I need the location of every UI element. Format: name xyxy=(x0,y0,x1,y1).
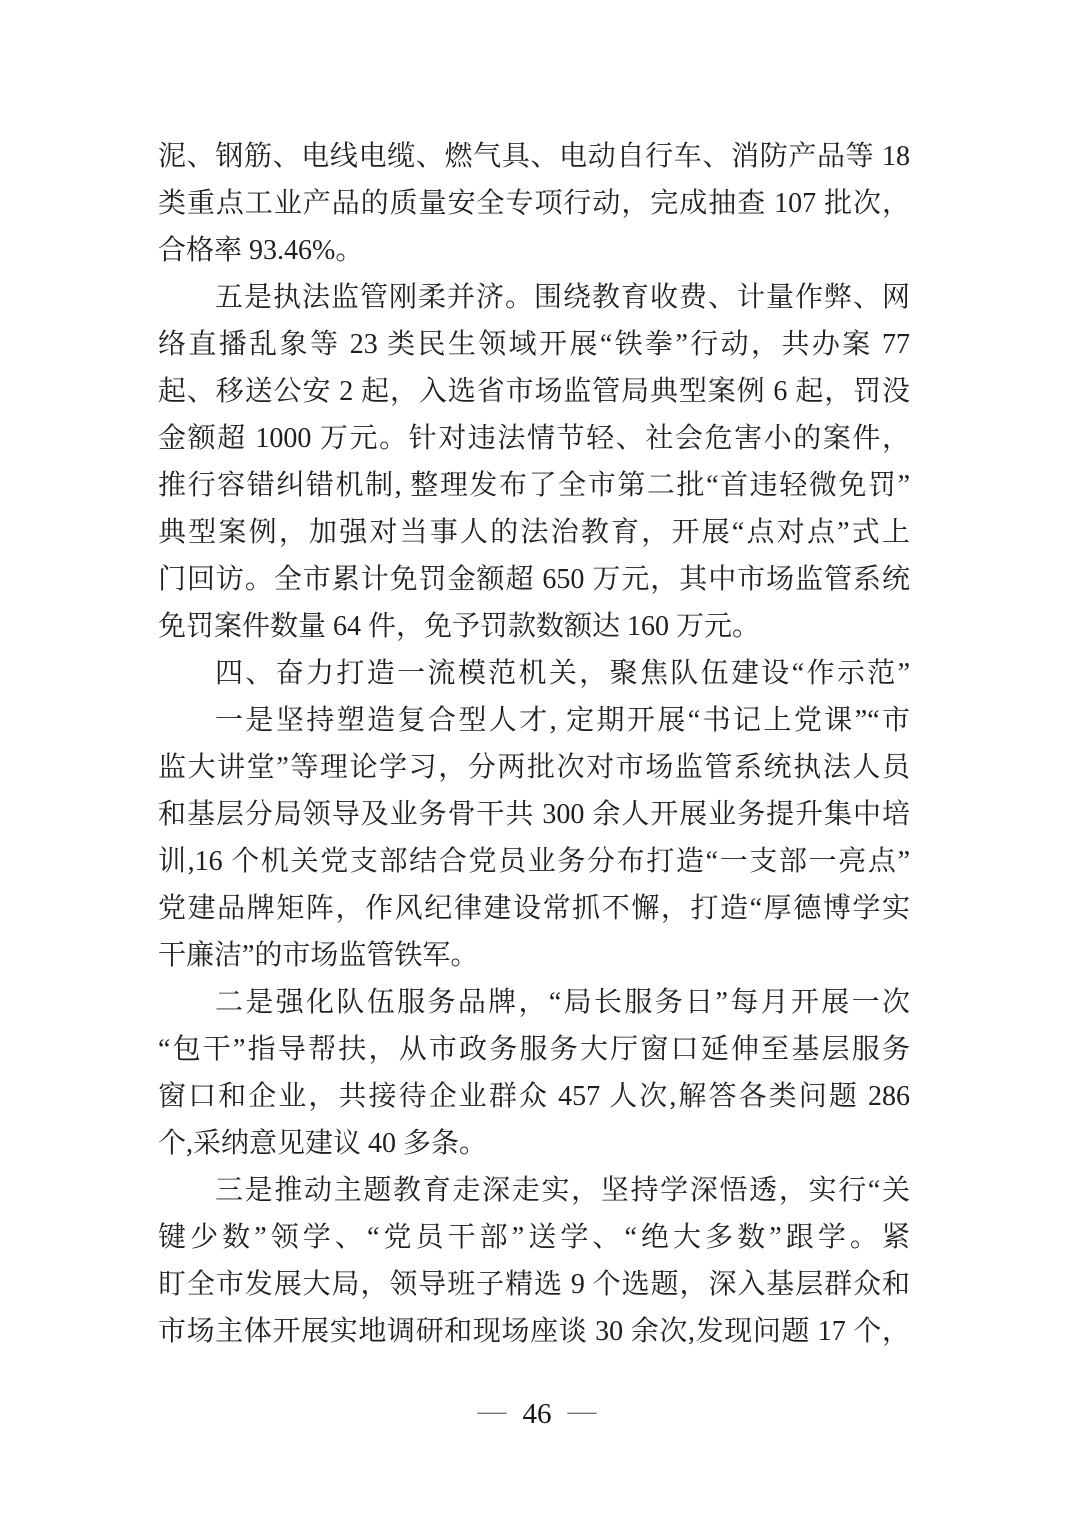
text-line: 门回访。全市累计免罚金额超 650 万元，其中市场监管系统 xyxy=(158,556,910,603)
text-line: 五是执法监管刚柔并济。围绕教育收费、计量作弊、网 xyxy=(158,274,910,321)
text-line: 合格率 93.46%。 xyxy=(158,227,910,274)
document-body: 泥、钢筋、电线电缆、燃气具、电动自行车、消防产品等 18类重点工业产品的质量安全… xyxy=(158,133,910,1355)
footer-dash-right: — xyxy=(568,1395,597,1427)
text-line: 泥、钢筋、电线电缆、燃气具、电动自行车、消防产品等 18 xyxy=(158,133,910,180)
text-line: 金额超 1000 万元。针对违法情节轻、社会危害小的案件， xyxy=(158,415,910,462)
text-line: 干廉洁”的市场监管铁军。 xyxy=(158,932,910,979)
text-line: 训,16 个机关党支部结合党员业务分布打造“一支部一亮点” xyxy=(158,838,910,885)
text-line: 起、移送公安 2 起，入选省市场监管局典型案例 6 起，罚没 xyxy=(158,368,910,415)
text-line: 和基层分局领导及业务骨干共 300 余人开展业务提升集中培 xyxy=(158,791,910,838)
text-line: 二是强化队伍服务品牌，“局长服务日”每月开展一次 xyxy=(158,979,910,1026)
text-line: 键少数”领学、“党员干部”送学、“绝大多数”跟学。紧 xyxy=(158,1214,910,1261)
text-line: 窗口和企业，共接待企业群众 457 人次,解答各类问题 286 xyxy=(158,1073,910,1120)
text-line: 一是坚持塑造复合型人才, 定期开展“书记上党课”“市 xyxy=(158,697,910,744)
text-line: 络直播乱象等 23 类民生领域开展“铁拳”行动，共办案 77 xyxy=(158,321,910,368)
footer-dash-left: — xyxy=(478,1395,507,1427)
text-line: 四、奋力打造一流模范机关，聚焦队伍建设“作示范” xyxy=(158,650,910,697)
page-footer: —46— xyxy=(0,1398,1074,1431)
text-line: 党建品牌矩阵，作风纪律建设常抓不懈，打造“厚德博学实 xyxy=(158,885,910,932)
text-line: 三是推动主题教育走深走实，坚持学深悟透，实行“关 xyxy=(158,1167,910,1214)
document-page: 泥、钢筋、电线电缆、燃气具、电动自行车、消防产品等 18类重点工业产品的质量安全… xyxy=(0,0,1074,1520)
text-line: “包干”指导帮扶，从市政务服务大厅窗口延伸至基层服务 xyxy=(158,1026,910,1073)
text-line: 典型案例，加强对当事人的法治教育，开展“点对点”式上 xyxy=(158,509,910,556)
text-line: 免罚案件数量 64 件，免予罚款数额达 160 万元。 xyxy=(158,603,910,650)
text-line: 监大讲堂”等理论学习，分两批次对市场监管系统执法人员 xyxy=(158,744,910,791)
page-number: 46 xyxy=(523,1398,552,1430)
text-line: 盯全市发展大局，领导班子精选 9 个选题，深入基层群众和 xyxy=(158,1261,910,1308)
text-line: 类重点工业产品的质量安全专项行动，完成抽查 107 批次， xyxy=(158,180,910,227)
text-line: 市场主体开展实地调研和现场座谈 30 余次,发现问题 17 个， xyxy=(158,1308,910,1355)
text-line: 个,采纳意见建议 40 多条。 xyxy=(158,1120,910,1167)
text-line: 推行容错纠错机制, 整理发布了全市第二批“首违轻微免罚” xyxy=(158,462,910,509)
